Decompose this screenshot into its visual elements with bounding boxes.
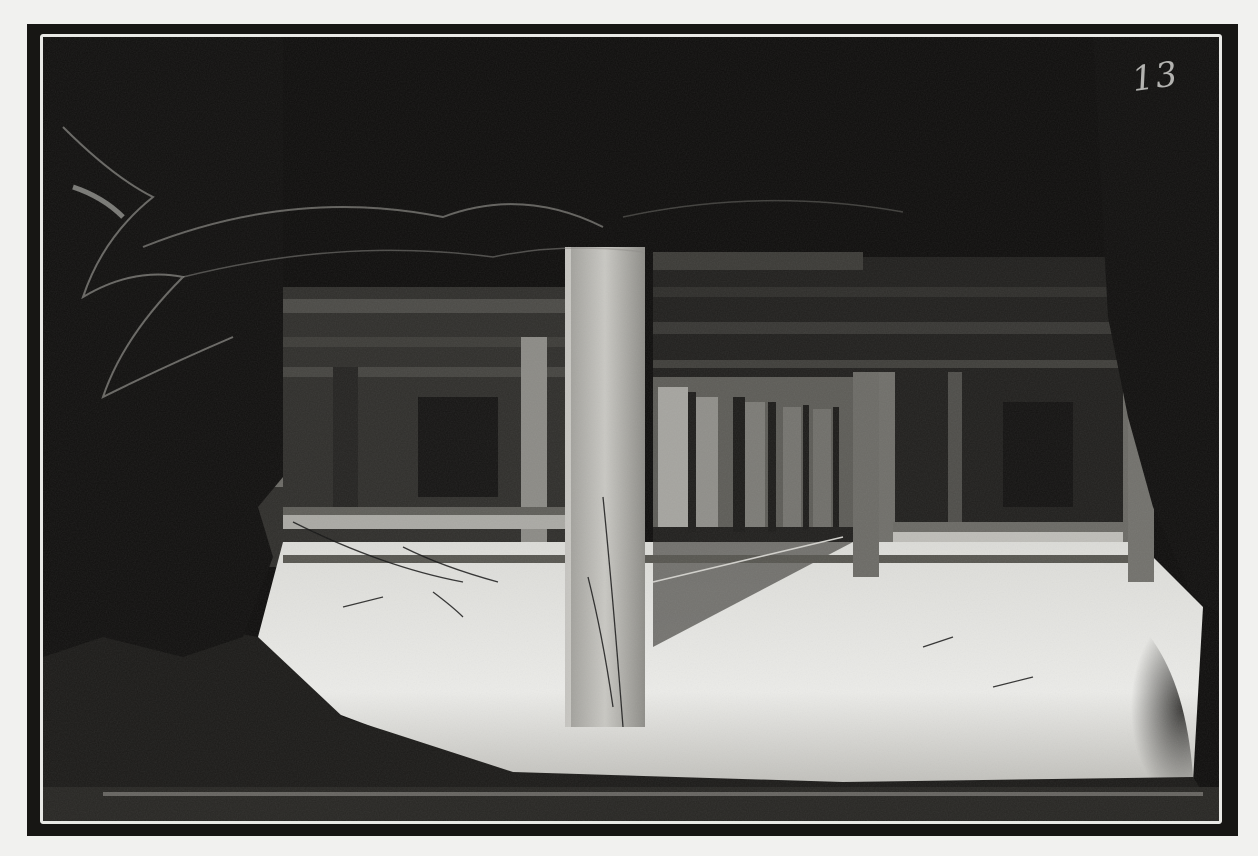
photo-image-area: 13	[40, 34, 1222, 824]
temple-corridor-photo	[43, 37, 1222, 824]
photo-plate: 13	[27, 24, 1238, 836]
handwritten-plate-number: 13	[1129, 54, 1181, 100]
